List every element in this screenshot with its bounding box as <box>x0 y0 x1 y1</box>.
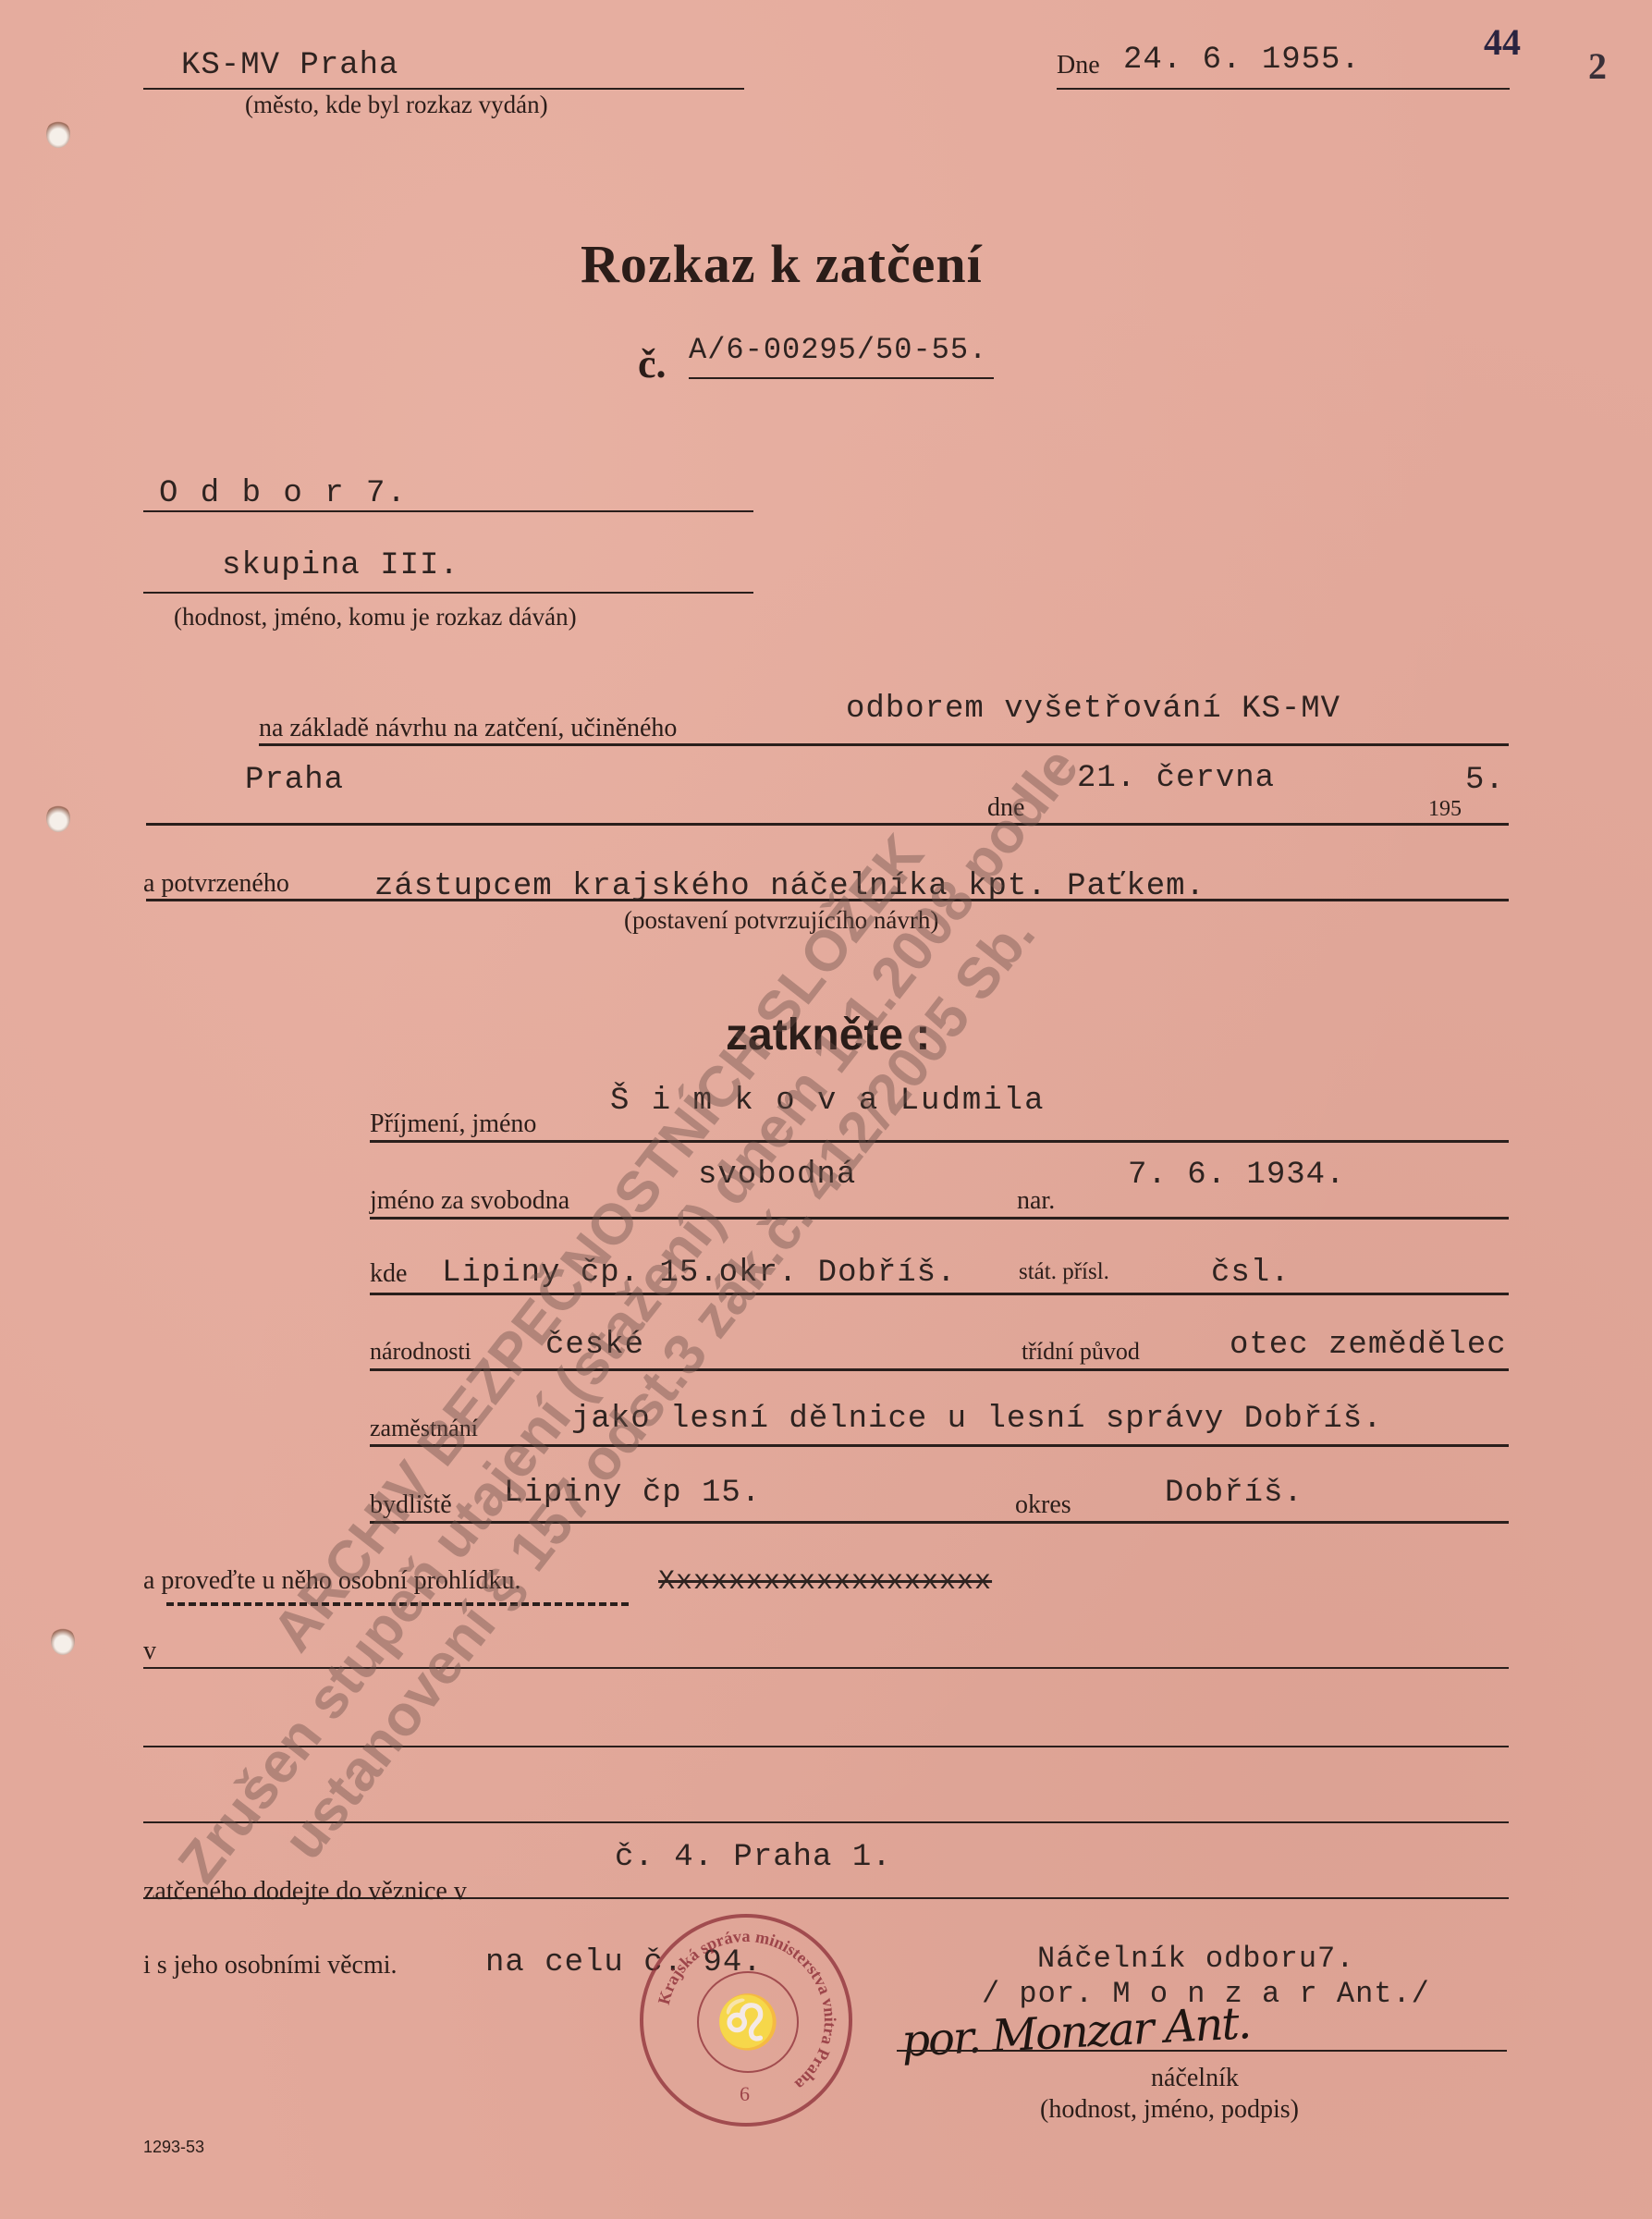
citizenship-label: stát. přísl. <box>1019 1259 1109 1285</box>
delivery-line <box>143 1897 1509 1899</box>
date-label: Dne <box>1057 51 1100 80</box>
official-stamp: Krajská správa ministerstva vnitra Praha… <box>640 1914 852 2127</box>
employment-label: zaměstnání <box>370 1415 478 1442</box>
residence-line <box>370 1521 1509 1524</box>
lion-emblem-icon: ♌ <box>697 1971 799 2073</box>
delivery-value: č. 4. Praha 1. <box>615 1840 892 1875</box>
employment-value: jako lesní dělnice u lesní správy Dobříš… <box>571 1402 1383 1437</box>
residence-label: bydliště <box>370 1490 452 1520</box>
issue-place-line <box>143 88 744 90</box>
signature-hint: (hodnost, jméno, podpis) <box>1040 2095 1299 2125</box>
archive-number: 44 <box>1484 20 1521 64</box>
maiden-name-value: svobodná <box>698 1158 856 1193</box>
confirmation-line <box>146 899 1509 901</box>
search-line-3 <box>143 1821 1509 1823</box>
form-code: 1293-53 <box>143 2138 204 2157</box>
proposal-label: na základě návrhu na zatčení, učiněného <box>259 714 677 743</box>
proposal-year-suffix: 5. <box>1465 763 1505 798</box>
recipient-department: O d b o r 7. <box>159 476 408 511</box>
proposal-year-prefix: 195 <box>1428 797 1462 822</box>
search-in-label: v <box>143 1637 156 1666</box>
delivery-label: zatčeného dodejte do věznice v <box>143 1877 467 1906</box>
maiden-name-label: jméno za svobodna <box>370 1186 569 1216</box>
proposal-date-label: dne <box>987 793 1024 823</box>
maiden-line <box>370 1217 1509 1220</box>
signature-line <box>897 2050 1507 2052</box>
order-number-prefix: č. <box>638 340 667 387</box>
recipient-hint: (hodnost, jméno, komu je rozkaz dáván) <box>174 603 577 631</box>
confirmation-label: a potvrzeného <box>143 869 289 899</box>
search-label: a proveďte u něho osobní prohlídku. <box>143 1566 520 1596</box>
date-line <box>1057 88 1510 90</box>
district-label: okres <box>1015 1490 1071 1520</box>
name-label: Příjmení, jméno <box>370 1109 536 1139</box>
confirmation-hint: (postavení potvrzujícího návrh) <box>624 906 938 935</box>
citizenship-value: čsl. <box>1211 1256 1291 1291</box>
punch-hole <box>46 804 70 832</box>
birthplace-label: kde <box>370 1259 407 1289</box>
name-line <box>370 1140 1509 1143</box>
issue-place-value: KS-MV Praha <box>181 48 398 83</box>
issue-place-hint: (město, kde byl rozkaz vydán) <box>245 91 548 119</box>
nationality-value: české <box>545 1328 644 1363</box>
page-title: Rozkaz k zatčení <box>581 233 983 295</box>
district-value: Dobříš. <box>1165 1476 1303 1511</box>
page-number: 2 <box>1588 44 1607 88</box>
search-line-1 <box>143 1667 1509 1669</box>
belongings-label: i s jeho osobními věcmi. <box>143 1951 398 1980</box>
signature-office: Náčelník odboru7. <box>1037 1942 1354 1976</box>
punch-hole <box>51 1627 75 1655</box>
proposal-line-2 <box>146 823 1509 826</box>
nationality-line <box>370 1368 1509 1371</box>
proposal-by-value: odborem vyšetřování KS-MV <box>846 692 1340 727</box>
search-struck-value: Xxxxxxxxxxxxxxxxxxx <box>658 1566 992 1598</box>
class-origin-label: třídní původ <box>1022 1338 1140 1366</box>
recipient-line-1 <box>143 510 753 512</box>
order-number-value: A/6-00295/50-55. <box>689 333 987 367</box>
residence-value: Lipiny čp 15. <box>504 1476 761 1511</box>
search-dashed-underline <box>166 1602 629 1606</box>
signature-role: náčelník <box>1151 2064 1239 2093</box>
proposal-date-value: 21. června <box>1077 761 1275 796</box>
punch-hole <box>46 120 70 148</box>
birth-date-value: 7. 6. 1934. <box>1128 1158 1345 1193</box>
date-value: 24. 6. 1955. <box>1123 43 1361 78</box>
search-line-2 <box>143 1746 1509 1747</box>
proposal-place-value: Praha <box>245 763 344 798</box>
birth-date-label: nar. <box>1017 1186 1055 1216</box>
employment-line <box>370 1444 1509 1447</box>
birthplace-value: Lipiny čp. 15.okr. Dobříš. <box>442 1256 957 1291</box>
order-number-line <box>689 377 994 379</box>
birthplace-line <box>370 1293 1509 1295</box>
recipient-line-2 <box>143 592 753 594</box>
stamp-number: 6 <box>740 2082 750 2106</box>
recipient-group: skupina III. <box>222 548 459 583</box>
nationality-label: národnosti <box>370 1338 471 1366</box>
proposal-line-1 <box>259 743 1509 746</box>
class-origin-value: otec zemědělec <box>1230 1328 1507 1363</box>
name-value: Š i m k o v a Ludmila <box>610 1084 1045 1119</box>
arrest-heading: zatkněte : <box>726 1010 930 1060</box>
